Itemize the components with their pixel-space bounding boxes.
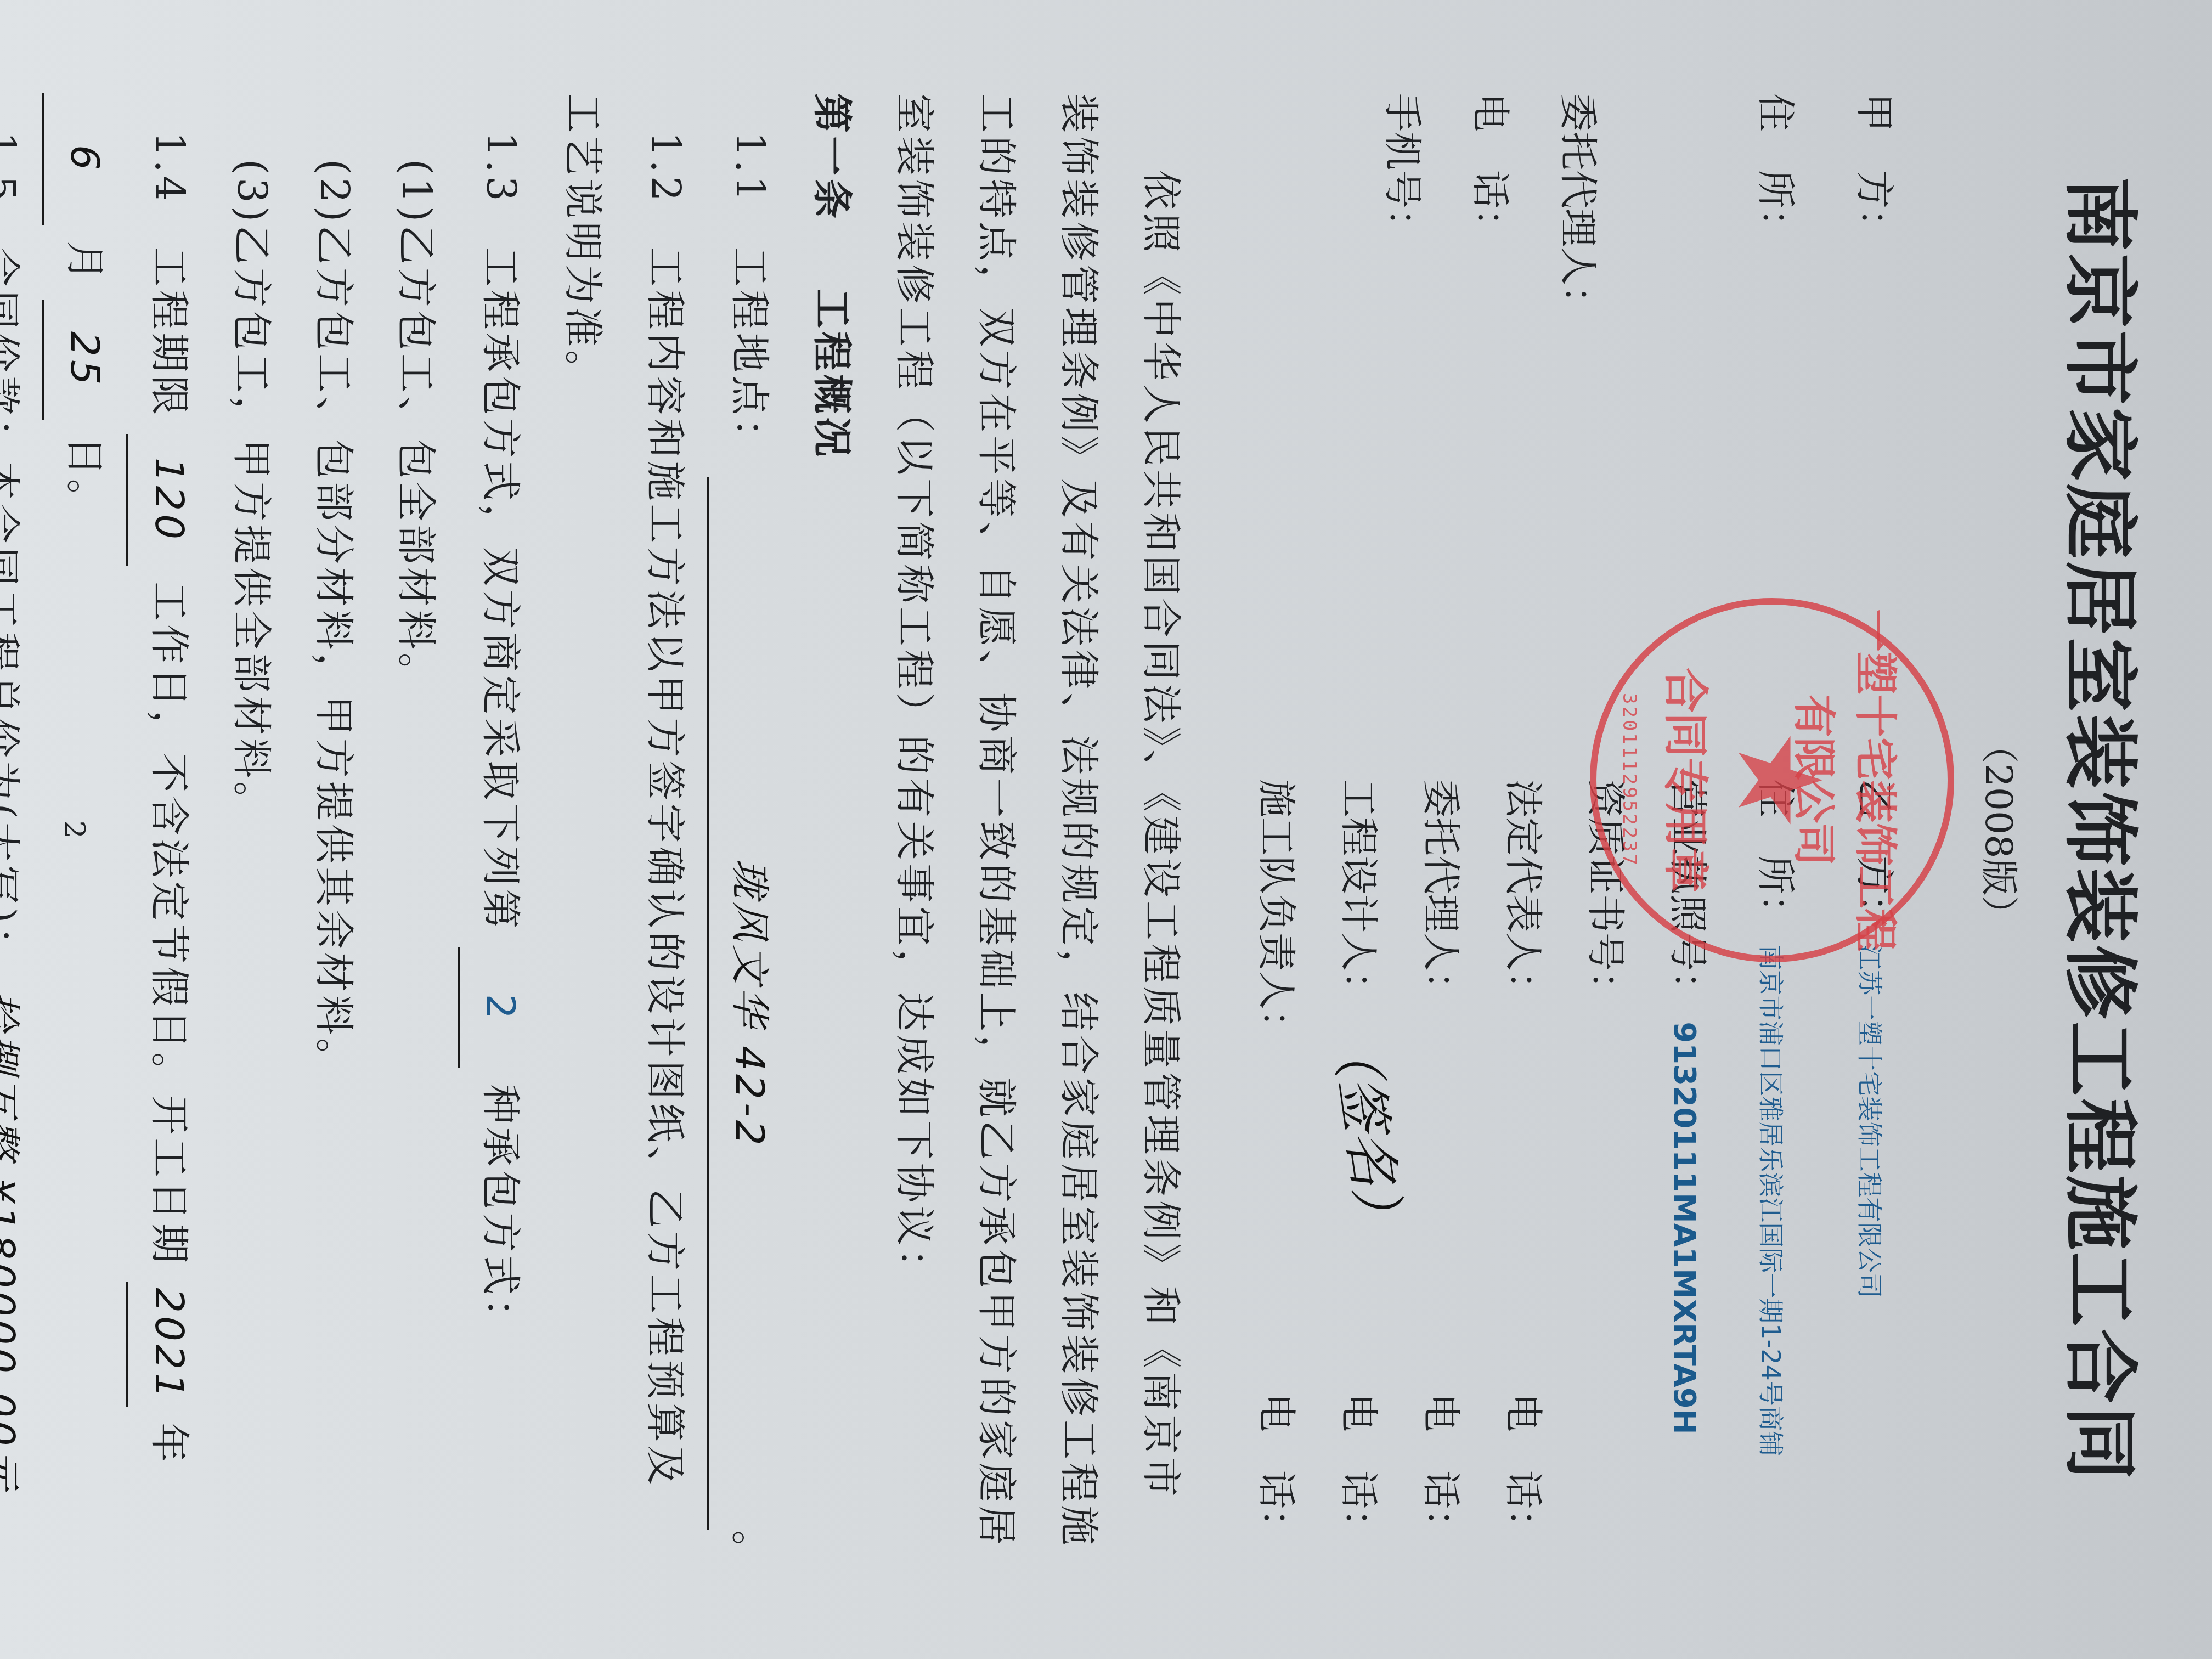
clause-text: 种承包方式：: [478, 1084, 524, 1341]
phone-label: 电 话：: [1254, 1393, 1299, 1547]
article-title: 工程概况: [809, 289, 855, 460]
preamble-line: 依照《中华人民共和国合同法》、《建设工程质量管理条例》和《南京市: [1120, 93, 1203, 1575]
option-3: (3)乙方包工，甲方提供全部材料。: [211, 93, 293, 1602]
phone-label: 电 话：: [1418, 1393, 1463, 1547]
party-b-designer-label: 工程设计人：: [1334, 779, 1389, 1009]
party-b-name-value: 江苏一塑十宅装饰工程有限公司: [1855, 945, 1884, 1298]
party-a-address-row: 住 所：: [1751, 93, 1806, 247]
party-b-foreman-row: 施工队负责人：: [1251, 779, 1307, 1048]
clause-1-5: 1.5 合同价款：本合同工程总价为(大写)： 拾捌万整 ¥180000.00元 …: [0, 93, 42, 1602]
party-b-agent-label: 委托代理人：: [1416, 779, 1471, 1009]
option-2: (2)乙方包工、包部分材料，甲方提供其余材料。: [293, 93, 375, 1602]
seal-code: 3201112952237: [1618, 605, 1640, 956]
clause-1-3: 1.3 工程承包方式，双方商定采取下列第 2 种承包方式：: [458, 93, 542, 1602]
clause-1-4: 1.4 工程期限 120 工作日，不含法定节假日。开工日期 2021 年: [126, 93, 211, 1602]
company-seal: 一塑十宅装饰工程有限公司 ★ 合同专用章 3201112952237: [1590, 598, 1954, 962]
option-1: (1)乙方包工、包全部材料。: [375, 93, 458, 1602]
clause-text: 工作日，不含法定节假日。开工日期: [146, 582, 193, 1266]
party-b-legal-rep-label: 法定代表人：: [1498, 779, 1554, 1009]
party-b-designer-row: 工程设计人：: [1334, 779, 1389, 1009]
party-b-agent-phone: 电 话：: [1416, 1393, 1471, 1547]
phone-label: 电 话：: [1500, 1393, 1545, 1547]
clause-text: 。: [0, 1514, 24, 1556]
clause-text: 工艺说明为准。: [560, 93, 606, 393]
document-edition: （2008版）: [1975, 0, 2028, 1659]
contract-mode-field: 2: [458, 947, 542, 1068]
party-a-mobile-row: 手机号：: [1378, 93, 1433, 247]
clause-text: 1.4 工程期限: [146, 132, 193, 419]
start-year-field: 2021: [126, 1282, 211, 1407]
party-b-address-value: 南京市浦口区雅居乐滨江国际一期1-24号商铺: [1756, 945, 1786, 1456]
party-b-agent-row: 委托代理人：: [1416, 779, 1471, 1009]
designer-signature: （签名）: [1317, 1016, 1426, 1244]
party-a-agent-label: 委托代理人：: [1553, 93, 1609, 324]
contract-page: 南京市家庭居室装饰装修工程施工合同 （2008版） 甲 方： 住 所： 委托代理…: [0, 0, 2212, 1659]
party-a-mobile-label: 手机号：: [1378, 93, 1433, 247]
clause-label: 1.1 工程地点：: [727, 132, 773, 461]
party-b-designer-phone: 电 话：: [1334, 1393, 1389, 1547]
party-a-name-row: 甲 方：: [1849, 93, 1905, 247]
preamble: 依照《中华人民共和国合同法》、《建设工程质量管理条例》和《南京市 装饰装修管理条…: [873, 93, 1203, 1575]
seal-star-icon: ★: [1712, 729, 1846, 832]
preamble-line: 装饰装修管理条例》及有关法律、法规的规定，结合家庭居室装饰装修工程施: [1038, 93, 1120, 1575]
party-a-agent-row: 委托代理人：: [1553, 93, 1609, 324]
party-a-phone-label: 电 话：: [1465, 93, 1521, 247]
party-b-foreman-label: 施工队负责人：: [1251, 779, 1307, 1048]
party-a-name-label: 甲 方：: [1849, 93, 1905, 247]
party-a-address-label: 住 所：: [1751, 93, 1806, 247]
document-title: 南京市家庭居室装饰装修工程施工合同: [2052, 0, 2160, 1659]
contract-price-field: 拾捌万整 ¥180000.00元: [0, 985, 42, 1498]
article-number: 第一条: [809, 93, 855, 222]
project-location-field: 珑风文华 42-2: [707, 477, 791, 1530]
party-b-legal-rep-row: 法定代表人：: [1498, 779, 1554, 1009]
phone-label: 电 话：: [1336, 1393, 1381, 1547]
preamble-line: 工的特点，双方在平等、自愿、协商一致的基础上，就乙方承包甲方的家庭居: [956, 93, 1038, 1575]
clause-text: 1.3 工程承包方式，双方商定采取下列第: [478, 132, 524, 932]
clause-1-2: 1.2 工程内容和施工方法以甲方签字确认的设计图纸、乙方工程预算及: [624, 93, 707, 1602]
clause-1-2-cont: 工艺说明为准。: [542, 93, 624, 1602]
clause-text: 1.5 合同价款：本合同工程总价为(大写)：: [0, 132, 24, 969]
duration-days-field: 120: [126, 434, 211, 566]
party-b-license-value: 91320111MA1MXRTA9H: [1667, 1022, 1702, 1434]
article-1: 第一条 工程概况 1.1 工程地点： 珑风文华 42-2。 1.2 工程内容和施…: [0, 93, 873, 1602]
party-a-phone-row: 电 话：: [1465, 93, 1521, 247]
clause-text: 1.2 工程内容和施工方法以甲方签字确认的设计图纸、乙方工程预算及: [642, 132, 689, 1488]
page-number: 2: [58, 0, 91, 1659]
clause-1-1: 1.1 工程地点： 珑风文华 42-2。: [707, 93, 791, 1602]
preamble-line: 室装饰装修工程（以下简称工程）的有关事宜，达成如下协议：: [873, 93, 956, 1575]
article-1-heading: 第一条 工程概况: [791, 93, 873, 1602]
seal-purpose: 合同专用章: [1657, 605, 1721, 956]
party-b-foreman-phone: 电 话：: [1251, 1393, 1307, 1547]
party-b-legal-rep-phone: 电 话：: [1498, 1393, 1554, 1547]
year-unit: 年: [146, 1423, 193, 1465]
